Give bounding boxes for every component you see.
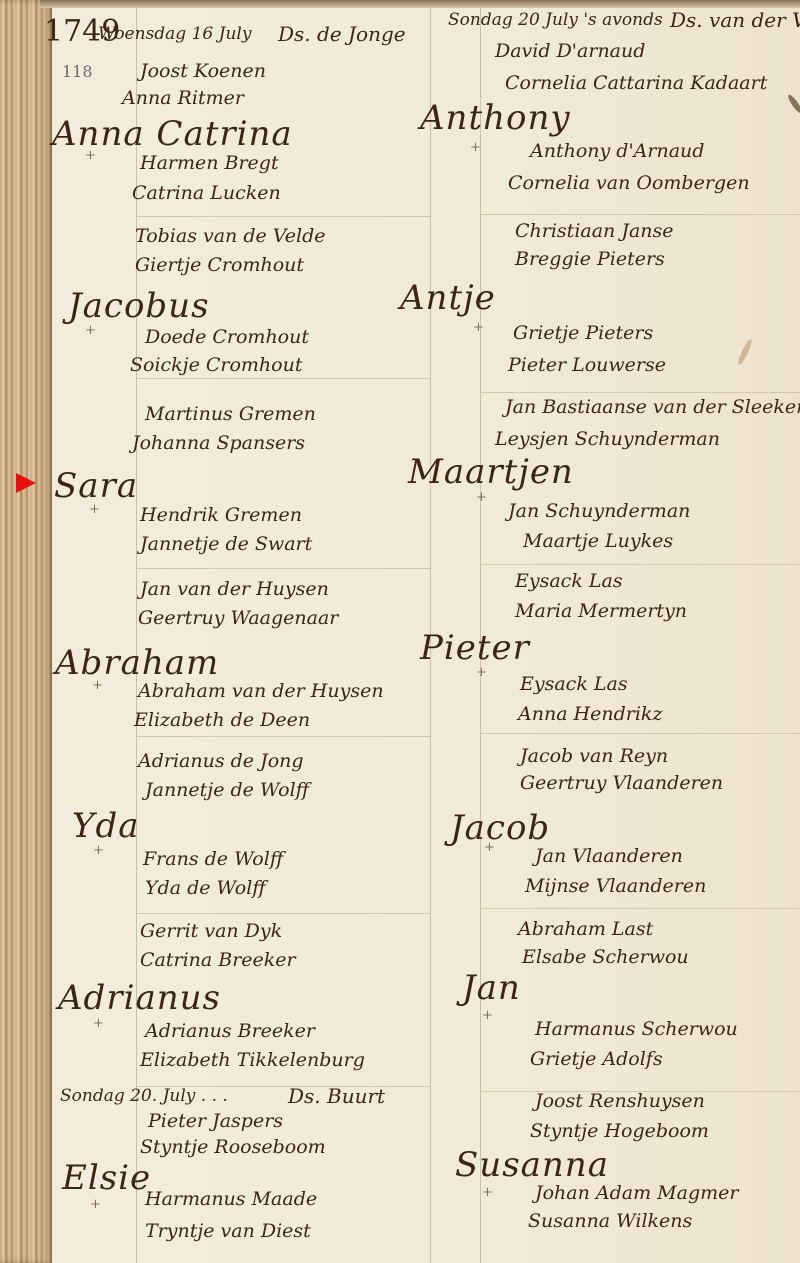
- baptism-mark: +: [482, 1185, 493, 1200]
- father-name: Adrianus de Jong: [138, 750, 304, 772]
- mother-name: Styntje Hogeboom: [530, 1120, 709, 1142]
- father-name: Jan Vlaanderen: [535, 845, 683, 867]
- father-name: Jan Bastiaanse van der Sleeken: [505, 396, 800, 418]
- mother-name: Giertje Cromhout: [135, 254, 304, 276]
- father-name: Frans de Wolff: [143, 848, 283, 870]
- mother-name: Jannetje de Wolff: [145, 779, 309, 801]
- child-name: Pieter: [420, 628, 530, 668]
- page-number: 118: [62, 62, 93, 81]
- entry-divider: [480, 733, 800, 734]
- entry-divider: [480, 564, 800, 565]
- ink-stain: [786, 93, 800, 114]
- father-name: Adrianus Breeker: [145, 1020, 315, 1042]
- father-name: Jan van der Huysen: [140, 578, 329, 600]
- entry-divider: [136, 736, 430, 737]
- father-name: Gerrit van Dyk: [140, 920, 282, 942]
- mother-name: Susanna Wilkens: [528, 1210, 692, 1232]
- entry-divider: [136, 216, 430, 217]
- child-name: Jacob: [450, 808, 550, 848]
- mother-name: Geertruy Vlaanderen: [520, 772, 723, 794]
- father-name: Christiaan Janse: [515, 220, 674, 242]
- baptism-mark: +: [93, 1016, 104, 1031]
- book-binding-edge: [0, 0, 52, 1263]
- father-name: Harmanus Maade: [145, 1188, 317, 1210]
- baptism-mark: +: [85, 323, 96, 338]
- baptism-mark: +: [92, 678, 103, 693]
- mother-name: Tryntje van Diest: [145, 1220, 311, 1242]
- entry-divider: [480, 214, 800, 215]
- left-header-date: Woensdag 16 July: [98, 24, 251, 44]
- father-name: Jacob van Reyn: [520, 745, 668, 767]
- baptism-mark: +: [89, 502, 100, 517]
- entry-divider: [480, 392, 800, 393]
- mother-name: Maria Mermertyn: [515, 600, 687, 622]
- mother-name: Leysjen Schuynderman: [495, 428, 720, 450]
- baptism-mark: +: [476, 665, 487, 680]
- baptism-mark: +: [93, 843, 104, 858]
- mother-name: Jannetje de Swart: [140, 533, 312, 555]
- mother-name: Elsabe Scherwou: [522, 946, 689, 968]
- mother-name: Soickje Cromhout: [130, 354, 302, 376]
- right-header-pastor: Ds. van der Vorm: [670, 8, 800, 32]
- mother-name: Catrina Lucken: [132, 182, 281, 204]
- baptism-mark: +: [476, 490, 487, 505]
- mother-name: Elizabeth Tikkelenburg: [140, 1049, 365, 1071]
- child-name: Anthony: [420, 98, 571, 138]
- child-name: Jacobus: [68, 286, 210, 326]
- page-top-edge: [40, 0, 800, 8]
- father-name: Jan Schuynderman: [508, 500, 690, 522]
- entry-divider: [480, 908, 800, 909]
- child-name: Adrianus: [58, 978, 221, 1018]
- father-name: Doede Cromhout: [145, 326, 309, 348]
- father-name: Pieter Jaspers: [148, 1110, 283, 1132]
- mother-name: Mijnse Vlaanderen: [525, 875, 706, 897]
- mother-name: Maartje Luykes: [523, 530, 673, 552]
- baptism-mark: +: [482, 1008, 493, 1023]
- mother-name: Anna Ritmer: [122, 87, 244, 109]
- mother-name: Geertruy Waagenaar: [138, 607, 338, 629]
- mother-name: Johanna Spansers: [132, 432, 305, 454]
- child-name: Abraham: [55, 643, 219, 683]
- child-name: Jan: [462, 968, 521, 1008]
- mother-name: Yda de Wolff: [145, 877, 266, 899]
- left-header-pastor: Ds. de Jonge: [278, 22, 406, 46]
- baptism-mark: +: [470, 140, 481, 155]
- child-name: Yda: [72, 806, 139, 846]
- baptism-mark: +: [484, 840, 495, 855]
- mother-name: Elizabeth de Deen: [134, 709, 310, 731]
- entry-divider: [136, 378, 430, 379]
- father-name: Martinus Gremen: [145, 403, 316, 425]
- father-name: Harmen Bregt: [140, 152, 279, 174]
- father-name: Harmanus Scherwou: [535, 1018, 738, 1040]
- mother-name: Breggie Pieters: [515, 248, 665, 270]
- father-name: Johan Adam Magmer: [535, 1182, 738, 1204]
- left-second-header-pastor: Ds. Buurt: [288, 1084, 385, 1108]
- father-name: Joost Renshuysen: [535, 1090, 705, 1112]
- mother-name: Anna Hendrikz: [518, 703, 662, 725]
- baptism-mark: +: [85, 148, 96, 163]
- father-name: Hendrik Gremen: [140, 504, 302, 526]
- baptism-mark: +: [473, 320, 484, 335]
- child-name: Antje: [400, 278, 496, 318]
- red-pointer-marker: [16, 473, 36, 493]
- mother-name: Cornelia Cattarina Kadaart: [505, 72, 767, 94]
- right-header-date: Sondag 20 July 's avonds: [448, 10, 663, 30]
- child-name: Sara: [54, 466, 138, 506]
- father-name: Tobias van de Velde: [135, 225, 325, 247]
- left-second-header-date: Sondag 20. July . . .: [60, 1086, 228, 1106]
- mother-name: Catrina Breeker: [140, 949, 296, 971]
- father-name: Abraham van der Huysen: [138, 680, 384, 702]
- entry-divider: [136, 913, 430, 914]
- entry-divider: [136, 568, 430, 569]
- father-name: Eysack Las: [520, 673, 628, 695]
- child-name: Susanna: [455, 1145, 609, 1185]
- father-name: Grietje Pieters: [513, 322, 653, 344]
- mother-name: Grietje Adolfs: [530, 1048, 663, 1070]
- ink-stain: [736, 338, 753, 366]
- mother-name: Styntje Rooseboom: [140, 1136, 326, 1158]
- child-name: Elsie: [62, 1158, 151, 1198]
- mother-name: Pieter Louwerse: [508, 354, 666, 376]
- father-name: David D'arnaud: [495, 40, 645, 62]
- father-name: Anthony d'Arnaud: [530, 140, 704, 162]
- child-name: Maartjen: [408, 452, 574, 492]
- father-name: Eysack Las: [515, 570, 623, 592]
- mother-name: Cornelia van Oombergen: [508, 172, 750, 194]
- father-name: Abraham Last: [518, 918, 653, 940]
- father-name: Joost Koenen: [140, 60, 266, 82]
- baptism-mark: +: [90, 1197, 101, 1212]
